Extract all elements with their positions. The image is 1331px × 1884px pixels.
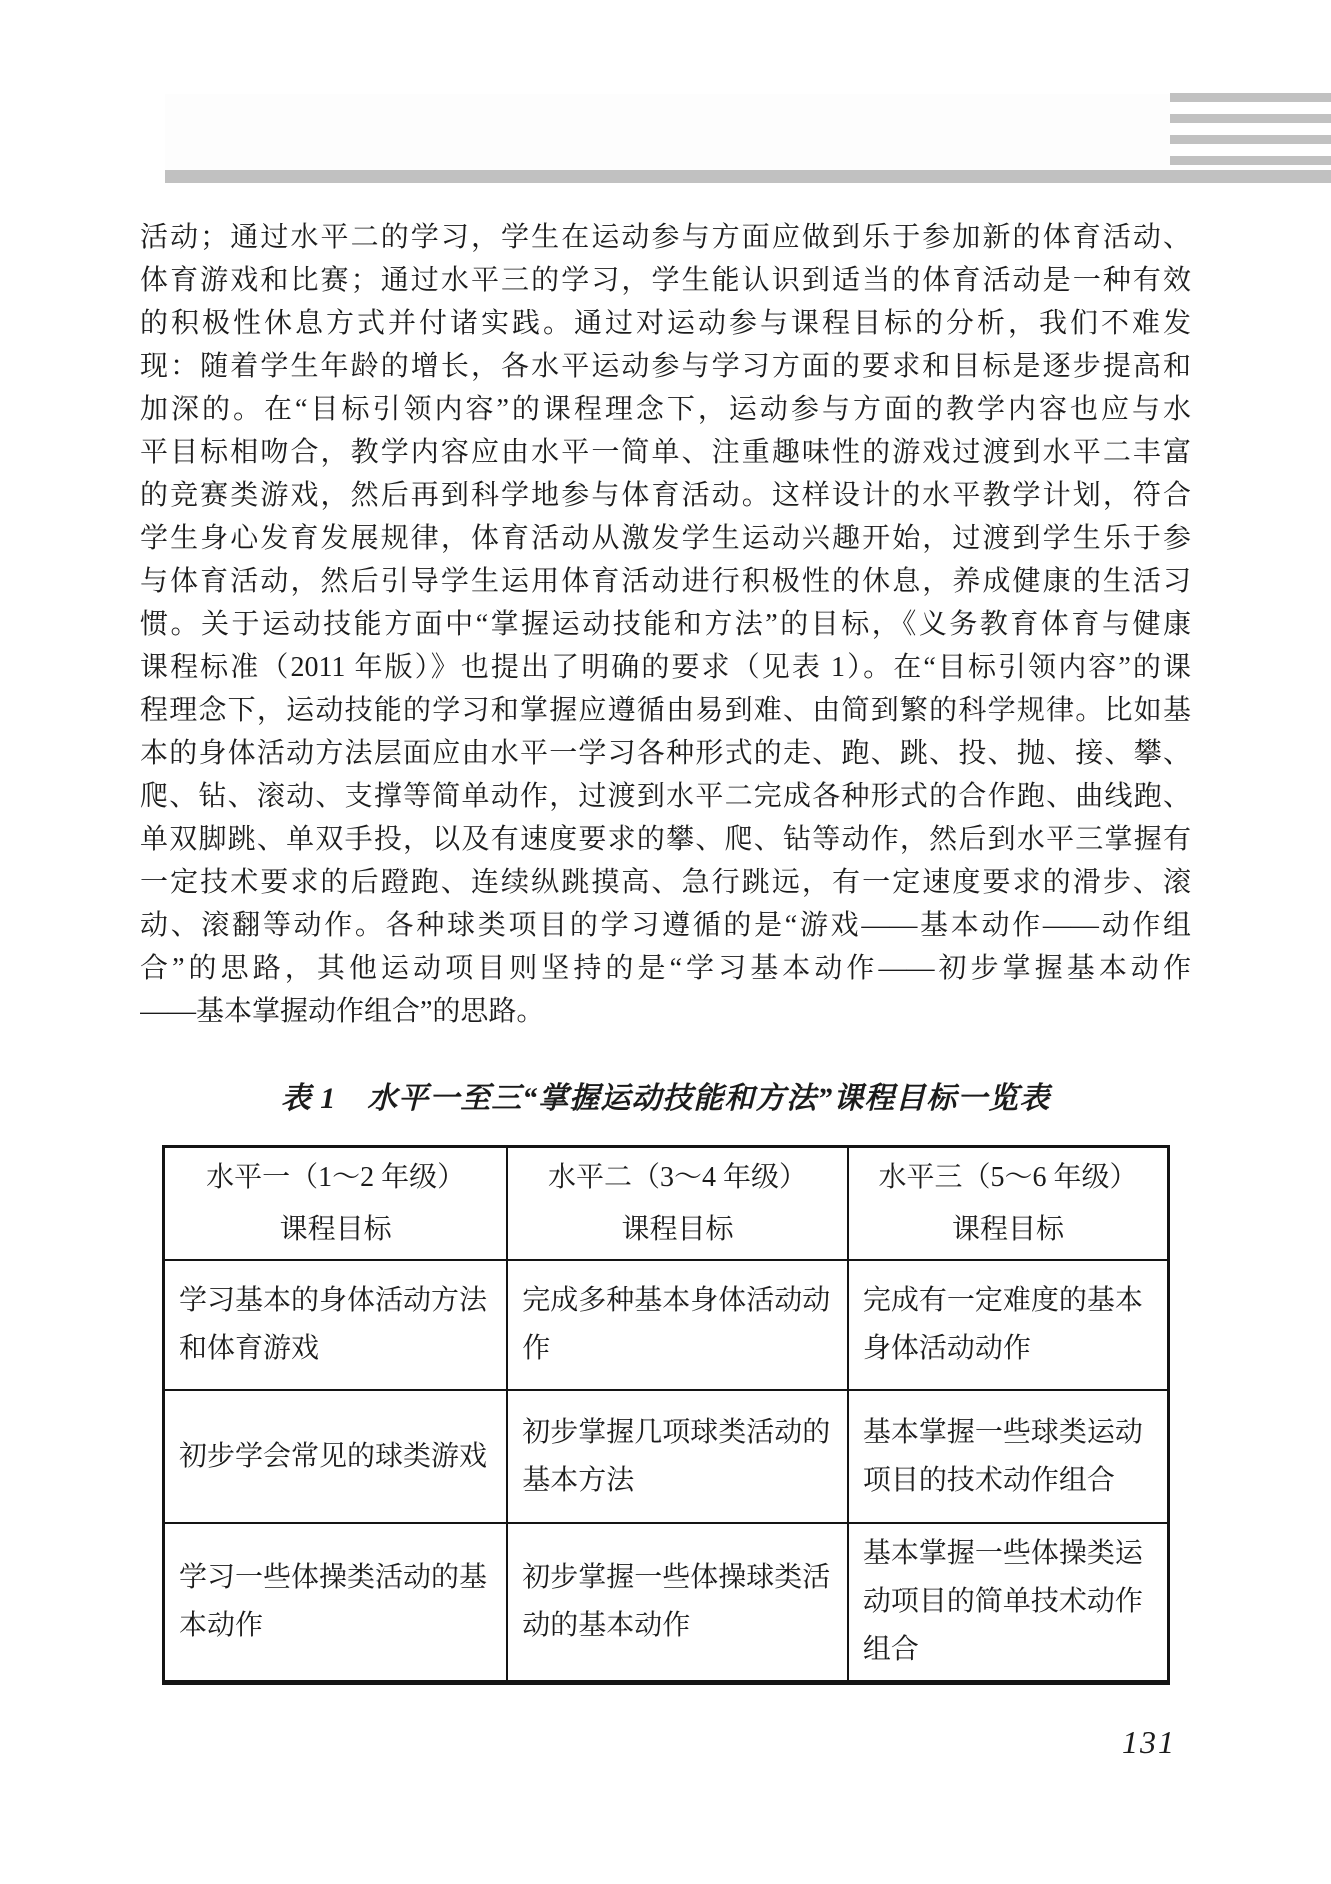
table-cell: 完成有一定难度的基本身体活动动作 — [848, 1260, 1169, 1390]
table-row: 学习基本的身体活动方法和体育游戏 完成多种基本身体活动动作 完成有一定难度的基本… — [164, 1260, 1169, 1390]
table-row: 初步学会常见的球类游戏 初步掌握几项球类活动的基本方法 基本掌握一些球类运动项目… — [164, 1390, 1169, 1523]
table-caption: 表 1 水平一至三“掌握运动技能和方法”课程目标一览表 — [140, 1073, 1191, 1117]
page-number: 131 — [1122, 1724, 1176, 1761]
document-page: 活动；通过水平二的学习，学生在运动参与方面应做到乐于参加新的体育活动、 体育游戏… — [0, 0, 1331, 1884]
header-level-label: 水平三（5～6 年级） — [855, 1152, 1161, 1204]
table-cell: 完成多种基本身体活动动作 — [507, 1260, 848, 1390]
text-line: ——基本掌握动作组合”的思路。 — [140, 990, 1191, 1033]
text-line: 加深的。在“目标引领内容”的课程理念下，运动参与方面的教学内容也应与水 — [140, 388, 1191, 431]
header-rule-bar — [165, 170, 1331, 183]
header-stripe — [1170, 114, 1331, 123]
table-header-cell: 水平三（5～6 年级） 课程目标 — [848, 1147, 1169, 1261]
header-stripe — [1170, 135, 1331, 144]
body-paragraph: 活动；通过水平二的学习，学生在运动参与方面应做到乐于参加新的体育活动、 体育游戏… — [140, 216, 1191, 1033]
table-cell: 学习一些体操类活动的基本动作 — [164, 1523, 508, 1683]
header-level-label: 水平一（1～2 年级） — [171, 1152, 500, 1204]
text-line: 平目标相吻合，教学内容应由水平一简单、注重趣味性的游戏过渡到水平二丰富 — [140, 431, 1191, 474]
text-line: 程理念下，运动技能的学习和掌握应遵循由易到难、由简到繁的科学规律。比如基 — [140, 689, 1191, 732]
curriculum-goals-table: 水平一（1～2 年级） 课程目标 水平二（3～4 年级） 课程目标 水平三（5～… — [162, 1145, 1170, 1685]
table-cell: 初步学会常见的球类游戏 — [164, 1390, 508, 1523]
text-line: 体育游戏和比赛；通过水平三的学习，学生能认识到适当的体育活动是一种有效 — [140, 259, 1191, 302]
text-line: 本的身体活动方法层面应由水平一学习各种形式的走、跑、跳、投、抛、接、攀、 — [140, 732, 1191, 775]
text-line: 活动；通过水平二的学习，学生在运动参与方面应做到乐于参加新的体育活动、 — [140, 216, 1191, 259]
text-line: 爬、钻、滚动、支撑等简单动作，过渡到水平二完成各种形式的合作跑、曲线跑、 — [140, 775, 1191, 818]
text-line: 惯。关于运动技能方面中“掌握运动技能和方法”的目标，《义务教育体育与健康 — [140, 603, 1191, 646]
header-level-label: 水平二（3～4 年级） — [514, 1152, 841, 1204]
text-line: 一定技术要求的后蹬跑、连续纵跳摸高、急行跳远，有一定速度要求的滑步、滚 — [140, 861, 1191, 904]
text-line: 合”的思路，其他运动项目则坚持的是“学习基本动作——初步掌握基本动作 — [140, 947, 1191, 990]
table-cell: 基本掌握一些体操类运动项目的简单技术动作组合 — [848, 1523, 1169, 1683]
table-cell: 基本掌握一些球类运动项目的技术动作组合 — [848, 1390, 1169, 1523]
text-line: 现：随着学生年龄的增长，各水平运动参与学习方面的要求和目标是逐步提高和 — [140, 345, 1191, 388]
text-line: 单双脚跳、单双手投，以及有速度要求的攀、爬、钻等动作，然后到水平三掌握有 — [140, 818, 1191, 861]
table-cell: 初步掌握几项球类活动的基本方法 — [507, 1390, 848, 1523]
table-cell: 学习基本的身体活动方法和体育游戏 — [164, 1260, 508, 1390]
header-goal-label: 课程目标 — [171, 1204, 500, 1256]
text-line: 与体育活动，然后引导学生运用体育活动进行积极性的休息，养成健康的生活习 — [140, 560, 1191, 603]
header-stripe — [1170, 93, 1331, 102]
text-line: 学生身心发育发展规律，体育活动从激发学生运动兴趣开始，过渡到学生乐于参 — [140, 517, 1191, 560]
header-band — [165, 94, 1170, 170]
header-stripe — [1170, 156, 1331, 165]
table-header-row: 水平一（1～2 年级） 课程目标 水平二（3～4 年级） 课程目标 水平三（5～… — [164, 1147, 1169, 1261]
text-line: 的竞赛类游戏，然后再到科学地参与体育活动。这样设计的水平教学计划，符合 — [140, 474, 1191, 517]
table-header-cell: 水平二（3～4 年级） 课程目标 — [507, 1147, 848, 1261]
text-line: 的积极性休息方式并付诸实践。通过对运动参与课程目标的分析，我们不难发 — [140, 302, 1191, 345]
header-goal-label: 课程目标 — [514, 1204, 841, 1256]
text-line: 课程标准（2011 年版）》也提出了明确的要求（见表 1）。在“目标引领内容”的… — [140, 646, 1191, 689]
header-goal-label: 课程目标 — [855, 1204, 1161, 1256]
text-line: 动、滚翻等动作。各种球类项目的学习遵循的是“游戏——基本动作——动作组 — [140, 904, 1191, 947]
table-header-cell: 水平一（1～2 年级） 课程目标 — [164, 1147, 508, 1261]
table-row: 学习一些体操类活动的基本动作 初步掌握一些体操球类活动的基本动作 基本掌握一些体… — [164, 1523, 1169, 1683]
table-cell: 初步掌握一些体操球类活动的基本动作 — [507, 1523, 848, 1683]
